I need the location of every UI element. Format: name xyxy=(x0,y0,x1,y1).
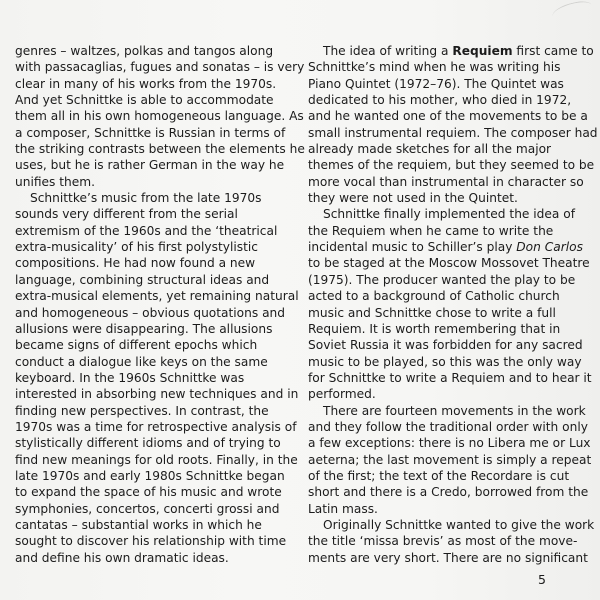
text-line: a few exceptions: there is no Libera me … xyxy=(308,435,586,451)
text-segment: music to be played, so this was the only… xyxy=(308,355,582,369)
text-segment: Piano Quintet (1972–76). The Quintet was xyxy=(308,77,564,91)
text-segment: Schnittke finally implemented the idea o… xyxy=(323,207,575,221)
text-line: Piano Quintet (1972–76). The Quintet was xyxy=(308,76,586,92)
text-line: genres – waltzes, polkas and tangos alon… xyxy=(15,43,277,59)
text-segment: already made sketches for all the major xyxy=(308,142,551,156)
right-text-column: The idea of writing a Requiem first came… xyxy=(308,43,586,566)
text-line: them all in his own homogeneous language… xyxy=(15,108,277,124)
text-line: to expand the space of his music and wro… xyxy=(15,484,277,500)
text-line: a composer, Schnittke is Russian in term… xyxy=(15,125,277,141)
text-segment: performed. xyxy=(308,387,376,401)
text-line: conduct a dialogue like keys on the same xyxy=(15,354,277,370)
text-line: finding new perspectives. In contrast, t… xyxy=(15,403,277,419)
text-line: Requiem. It is worth remembering that in xyxy=(308,321,586,337)
text-line: Schnittke’s mind when he was writing his xyxy=(308,59,586,75)
text-line: and homogeneous – obvious quotations and xyxy=(15,305,277,321)
text-line: Schnittke finally implemented the idea o… xyxy=(308,206,586,222)
text-segment: the Requiem when he came to write the xyxy=(308,224,553,238)
text-segment: for Schnittke to write a Requiem and to … xyxy=(308,371,592,385)
text-segment: Latin mass. xyxy=(308,502,378,516)
text-line: 1970s was a time for retrospective analy… xyxy=(15,419,277,435)
text-line: late 1970s and early 1980s Schnittke beg… xyxy=(15,468,277,484)
text-segment: themes of the requiem, but they seemed t… xyxy=(308,158,594,172)
page-number: 5 xyxy=(538,572,546,587)
text-line: of the first; the text of the Recordare … xyxy=(308,468,586,484)
text-segment: dedicated to his mother, who died in 197… xyxy=(308,93,571,107)
text-line: the Requiem when he came to write the xyxy=(308,223,586,239)
text-segment: acted to a background of Catholic church xyxy=(308,289,560,303)
text-segment: There are fourteen movements in the work xyxy=(323,404,586,418)
text-line: and they follow the traditional order wi… xyxy=(308,419,586,435)
text-line: (1975). The producer wanted the play to … xyxy=(308,272,586,288)
text-segment: short and there is a Credo, borrowed fro… xyxy=(308,485,588,499)
text-segment: and they follow the traditional order wi… xyxy=(308,420,588,434)
text-line: cantatas – substantial works in which he xyxy=(15,517,277,533)
text-segment: of the first; the text of the Recordare … xyxy=(308,469,569,483)
text-line: The idea of writing a Requiem first came… xyxy=(308,43,586,59)
text-line: aeterna; the last movement is simply a r… xyxy=(308,452,586,468)
text-line: with passacaglias, fugues and sonatas – … xyxy=(15,59,277,75)
text-segment: small instrumental requiem. The composer… xyxy=(308,126,598,140)
text-segment: ments are very short. There are no signi… xyxy=(308,551,588,565)
text-line: themes of the requiem, but they seemed t… xyxy=(308,157,586,173)
booklet-page: genres – waltzes, polkas and tangos alon… xyxy=(0,0,600,600)
text-line: already made sketches for all the major xyxy=(308,141,586,157)
text-line: extra-musicality’ of his first polystyli… xyxy=(15,239,277,255)
text-line: clear in many of his works from the 1970… xyxy=(15,76,277,92)
text-line: And yet Schnittke is able to accommodate xyxy=(15,92,277,108)
text-line: Schnittke’s music from the late 1970s xyxy=(15,190,277,206)
text-segment: more vocal than instrumental in characte… xyxy=(308,175,584,189)
text-line: ments are very short. There are no signi… xyxy=(308,550,586,566)
text-line: Originally Schnittke wanted to give the … xyxy=(308,517,586,533)
text-line: music to be played, so this was the only… xyxy=(308,354,586,370)
italic-title: Don Carlos xyxy=(516,240,583,254)
text-line: extremism of the 1960s and the ‘theatric… xyxy=(15,223,277,239)
text-line: and he wanted one of the movements to be… xyxy=(308,108,586,124)
text-line: stylistically different idioms and of tr… xyxy=(15,435,277,451)
text-segment: to be staged at the Moscow Mossovet Thea… xyxy=(308,256,590,270)
text-segment: incidental music to Schiller’s play xyxy=(308,240,516,254)
text-line: allusions were disappearing. The allusio… xyxy=(15,321,277,337)
text-segment: they were not used in the Quintet. xyxy=(308,191,518,205)
text-segment: aeterna; the last movement is simply a r… xyxy=(308,453,591,467)
text-segment: The idea of writing a xyxy=(323,44,452,58)
text-line: more vocal than instrumental in characte… xyxy=(308,174,586,190)
text-segment: first came to xyxy=(513,44,594,58)
text-line: the striking contrasts between the eleme… xyxy=(15,141,277,157)
text-line: and define his own dramatic ideas. xyxy=(15,550,277,566)
text-segment: Soviet Russia it was forbidden for any s… xyxy=(308,338,583,352)
text-line: small instrumental requiem. The composer… xyxy=(308,125,586,141)
text-line: unifies them. xyxy=(15,174,277,190)
text-line: the title ‘missa brevis’ as most of the … xyxy=(308,533,586,549)
text-segment: music and Schnittke chose to write a ful… xyxy=(308,306,556,320)
text-line: sought to discover his relationship with… xyxy=(15,533,277,549)
text-line: uses, but he is rather German in the way… xyxy=(15,157,277,173)
text-line: they were not used in the Quintet. xyxy=(308,190,586,206)
text-line: find new meanings for old roots. Finally… xyxy=(15,452,277,468)
text-line: for Schnittke to write a Requiem and to … xyxy=(308,370,586,386)
text-line: interested in absorbing new techniques a… xyxy=(15,386,277,402)
text-line: There are fourteen movements in the work xyxy=(308,403,586,419)
text-line: keyboard. In the 1960s Schnittke was xyxy=(15,370,277,386)
text-line: language, combining structural ideas and xyxy=(15,272,277,288)
text-segment: a few exceptions: there is no Libera me … xyxy=(308,436,591,450)
bold-term: Requiem xyxy=(452,44,512,58)
text-line: symphonies, concertos, concerti grossi a… xyxy=(15,501,277,517)
text-line: music and Schnittke chose to write a ful… xyxy=(308,305,586,321)
text-line: short and there is a Credo, borrowed fro… xyxy=(308,484,586,500)
left-text-column: genres – waltzes, polkas and tangos alon… xyxy=(15,43,277,566)
text-segment: Originally Schnittke wanted to give the … xyxy=(323,518,594,532)
text-line: acted to a background of Catholic church xyxy=(308,288,586,304)
text-segment: and he wanted one of the movements to be… xyxy=(308,109,588,123)
text-line: compositions. He had now found a new xyxy=(15,255,277,271)
text-segment: Requiem. It is worth remembering that in xyxy=(308,322,560,336)
text-line: extra-musical elements, yet remaining na… xyxy=(15,288,277,304)
page-corner-curl xyxy=(551,0,593,22)
text-line: to be staged at the Moscow Mossovet Thea… xyxy=(308,255,586,271)
text-line: Soviet Russia it was forbidden for any s… xyxy=(308,337,586,353)
text-line: Latin mass. xyxy=(308,501,586,517)
text-line: became signs of different epochs which xyxy=(15,337,277,353)
text-line: performed. xyxy=(308,386,586,402)
text-segment: (1975). The producer wanted the play to … xyxy=(308,273,575,287)
text-segment: Schnittke’s mind when he was writing his xyxy=(308,60,561,74)
text-segment: the title ‘missa brevis’ as most of the … xyxy=(308,534,577,548)
text-line: sounds very different from the serial xyxy=(15,206,277,222)
text-line: incidental music to Schiller’s play Don … xyxy=(308,239,586,255)
text-line: dedicated to his mother, who died in 197… xyxy=(308,92,586,108)
